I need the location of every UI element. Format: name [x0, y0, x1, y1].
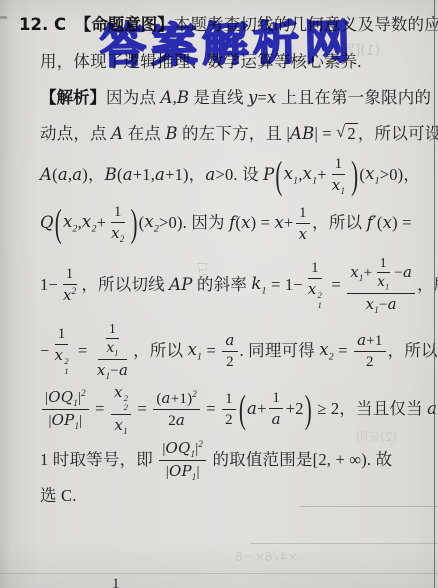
math-var: x21 [55, 348, 69, 364]
fraction: 1x2 [108, 203, 127, 244]
text: + [257, 399, 267, 420]
text: ) = [251, 213, 275, 234]
text: = 1− [267, 275, 303, 296]
text: 1 [380, 255, 387, 270]
fraction: 1x1x1−a [94, 321, 131, 381]
math-var: x1 [97, 363, 110, 379]
text: 1 [58, 326, 66, 342]
math-var: AB [290, 124, 314, 145]
text: ，所以 [388, 341, 438, 362]
text: . 同理可得 [240, 341, 320, 362]
text: 1 [114, 204, 122, 220]
text-line: 【解析】因为点 A,B 是直线 y=x 上且在第一象限内的 [40, 86, 428, 110]
math-var: x1 [332, 178, 345, 194]
text: 1 [311, 260, 319, 276]
text: 上且在第一象限内的 [277, 88, 432, 109]
text: = [258, 88, 268, 109]
text-line: 12. C 【命题意图】本题考查切线的几何意义及导数的应 [19, 13, 428, 37]
math-var: x1 [365, 164, 380, 186]
math-var: x [241, 213, 251, 234]
text: +1, [133, 165, 155, 186]
text: = [202, 341, 220, 362]
math-var: AP [169, 275, 192, 296]
math-var: x [274, 213, 284, 234]
math-var: x1 [114, 418, 127, 434]
text: 因为点 [106, 88, 160, 109]
math-var: OQ [166, 439, 191, 457]
math-var: Q [40, 213, 54, 234]
math-var: k1 [251, 274, 266, 296]
text: = [74, 341, 92, 362]
text: )， [82, 165, 104, 186]
math-var: a [225, 331, 234, 349]
text-line: 用，体现了逻辑推理、数学运算等核心素养. [40, 50, 428, 74]
text: +2 [286, 399, 304, 420]
text: ，所以切线 [81, 275, 169, 296]
math-var: a [272, 410, 281, 428]
math-var: x1 [366, 297, 379, 313]
text: ≥ 2，当且仅当 [313, 399, 427, 420]
big-paren: ) [305, 385, 312, 434]
text: + [317, 165, 327, 186]
fraction: 1x2 [60, 265, 79, 305]
text: + [364, 265, 373, 281]
math-var: x1 [350, 265, 363, 281]
math-var: a [427, 399, 437, 420]
text: ，所以 [312, 213, 366, 234]
big-paren: ) [351, 151, 358, 200]
big-paren: ( [275, 151, 282, 200]
text-line: −1x21 = 1x1x1−a，所以 x1 = a2. 同理可得 x2 = a+… [40, 321, 428, 381]
text [66, 15, 75, 36]
math-var: x22 [114, 385, 128, 401]
math-var: x2 [319, 340, 334, 362]
text: = [202, 399, 220, 420]
math-var: y [248, 88, 258, 109]
text-line: 选 C. [40, 484, 428, 508]
text: − [394, 265, 403, 281]
math-var: a [176, 411, 185, 429]
superscript: 2 [81, 388, 86, 398]
math-var: P [263, 165, 274, 186]
label-text: 【命题意图】 [75, 15, 174, 36]
label-text: 12. C [19, 15, 66, 36]
math-var: B [105, 165, 117, 186]
text: 2 [366, 354, 374, 370]
text: + [284, 213, 294, 234]
cut-off-next-line: 1 [112, 576, 120, 588]
math-var: a [247, 399, 257, 420]
text: >0). 因为 [159, 213, 229, 234]
text: 本题考查切线的几何意义及导数的应 [174, 15, 438, 36]
text: ，所以 [133, 341, 187, 362]
edge-mark [0, 16, 7, 19]
text: 的取值范围是[2, + ∞). 故 [208, 450, 392, 471]
fraction: 1x1 [374, 255, 392, 292]
big-paren: ) [130, 199, 137, 248]
text: = [327, 275, 345, 296]
math-var: A [111, 124, 123, 145]
text: 2 [226, 354, 234, 370]
text-line: Q(x2,x2+1x2)(x2>0). 因为 f(x) = x+1x，所以 f′… [40, 203, 428, 244]
text: +1)， [165, 165, 205, 186]
math-var: A [160, 88, 172, 109]
text: 1 时取等号，即 [40, 450, 157, 471]
text: 1 [225, 391, 233, 407]
fraction: |OQ1|2|OP1| [42, 388, 89, 431]
math-var: a [58, 165, 68, 186]
text: 的左下方，且 | [178, 124, 290, 145]
text: 用，体现了逻辑推理、数学运算等核心素养. [40, 52, 362, 73]
text: +1 [366, 333, 382, 349]
fraction: a+12 [354, 331, 386, 371]
fraction: x22x1 [111, 383, 131, 436]
math-var: x [383, 213, 393, 234]
text-line: 1−1x2，所以切线 AP 的斜率 k1 = 1−1x21 = x1+1x1−a… [40, 255, 428, 315]
math-var: x1 [303, 164, 318, 186]
text-line: A(a,a)，B(a+1,a+1)，a>0. 设 P(x1,x1+1x1)(x1… [40, 155, 428, 196]
math-var: OP [169, 462, 192, 480]
label-text: 【解析】 [40, 88, 106, 109]
math-var: OQ [48, 388, 73, 406]
math-var: a [357, 331, 366, 349]
fraction: 1x1 [329, 155, 348, 196]
math-var: x2 [144, 212, 159, 234]
text: = [133, 399, 151, 420]
text: | [196, 464, 199, 480]
math-var: x [298, 225, 307, 243]
scan-line [250, 543, 438, 544]
text: 2 [168, 413, 176, 429]
text: 1 [109, 321, 116, 336]
fraction: |OQ1|2|OP1| [159, 439, 206, 482]
math-var: x1 [377, 274, 389, 289]
math-var: a [72, 165, 82, 186]
text: >0. 设 [215, 165, 263, 186]
math-var: x1 [106, 340, 118, 355]
math-var: B [177, 88, 189, 109]
math-var: f′ [367, 213, 377, 234]
fraction: 1a [269, 389, 284, 429]
solution-text: 12. C 【命题意图】本题考查切线的几何意义及导数的应用，体现了逻辑推理、数学… [0, 0, 438, 588]
math-var: B [165, 124, 177, 145]
text: | = [314, 124, 336, 145]
text: 动点，点 [40, 124, 111, 145]
text: − [110, 363, 119, 379]
fraction: 1x1 [103, 321, 121, 358]
fraction: 1x21 [305, 259, 325, 310]
text: 2 [225, 412, 233, 428]
superscript: 2 [192, 389, 197, 399]
math-var: x2 [63, 212, 78, 234]
text: = [91, 399, 109, 420]
math-var: x2 [82, 212, 97, 234]
math-var: x2 [111, 226, 124, 242]
text: >0)， [380, 165, 420, 186]
text: ，所以可设 [358, 124, 438, 145]
fraction: 1x [295, 204, 310, 244]
text: 选 C. [40, 486, 77, 507]
text: 1− [40, 275, 58, 296]
column-divider [434, 0, 436, 588]
text: 1 [272, 390, 280, 406]
text: | [79, 413, 82, 429]
text: + [97, 213, 107, 234]
fraction: x1+1x1−ax1−a [347, 255, 415, 315]
scan-line [0, 573, 438, 574]
math-var: OP [52, 411, 75, 429]
text-line: |OQ1|2|OP1| = x22x1 = (a+1)22a = 12(a+1a… [40, 383, 428, 436]
math-var: x [267, 88, 277, 109]
math-var: a [155, 165, 165, 186]
text: 1 [66, 266, 74, 282]
text: 是直线 [189, 88, 248, 109]
math-var: a [162, 389, 171, 407]
fraction: (a+1)22a [153, 389, 200, 430]
math-var: a [123, 165, 133, 186]
math-var: a [403, 263, 412, 281]
text: 1 [335, 156, 343, 172]
math-var: A [40, 165, 52, 186]
math-var: x2 [63, 288, 76, 304]
text: +1) [171, 391, 193, 407]
math-var: x21 [308, 282, 322, 298]
text: − [379, 297, 388, 313]
math-var: a [119, 361, 128, 379]
text: ) = [392, 213, 412, 234]
text: 1 [299, 205, 307, 221]
big-paren: ( [239, 385, 246, 434]
big-paren: ( [55, 199, 62, 248]
text-line: 动点，点 A 在点 B 的左下方，且 |AB| = √2，所以可设 [40, 122, 428, 146]
text: − [40, 341, 50, 362]
superscript: 2 [198, 439, 203, 449]
text: 的斜率 [193, 275, 252, 296]
math-var: x1 [188, 340, 203, 362]
text-line: 1 时取等号，即 |OQ1|2|OP1| 的取值范围是[2, + ∞). 故 [40, 439, 428, 482]
math-var: a [205, 165, 215, 186]
fraction: 1x21 [52, 325, 72, 376]
text: = [334, 341, 352, 362]
math-var: x1 [284, 164, 299, 186]
fraction: a2 [222, 331, 237, 371]
fraction: 12 [222, 390, 236, 429]
math-var: a [388, 295, 397, 313]
square-root: √2 [336, 123, 358, 145]
scan-line [300, 506, 438, 507]
text: 在点 [123, 124, 165, 145]
